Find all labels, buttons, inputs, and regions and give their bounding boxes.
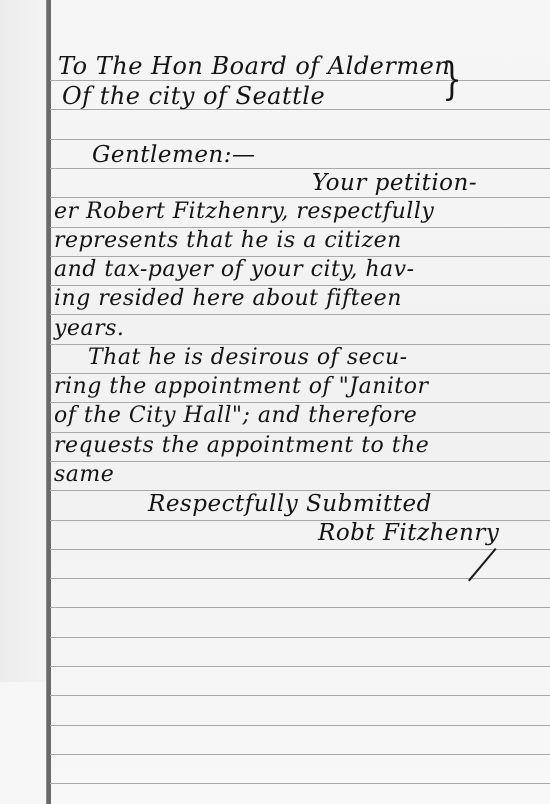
brace-flourish: } xyxy=(442,58,462,102)
body-line-1: Your petition- xyxy=(312,172,477,195)
address-line-1: To The Hon Board of Aldermen xyxy=(58,54,450,78)
body-line-9: of the City Hall"; and therefore xyxy=(54,405,417,427)
ruled-line xyxy=(50,607,550,608)
ruled-paper-page: To The Hon Board of Aldermen Of the city… xyxy=(0,0,550,804)
ruled-line xyxy=(50,168,550,169)
ruled-line xyxy=(50,754,550,755)
address-line-2: Of the city of Seattle xyxy=(62,84,325,108)
signature-flourish xyxy=(468,548,496,581)
ruled-line xyxy=(50,666,550,667)
left-margin-area xyxy=(0,0,46,804)
body-line-7: That he is desirous of secu- xyxy=(88,347,408,369)
body-line-6: years. xyxy=(54,318,124,340)
ruled-line xyxy=(50,80,550,81)
ruled-line xyxy=(50,314,550,315)
ruled-line xyxy=(50,637,550,638)
signature: Robt Fitzhenry xyxy=(318,522,499,545)
body-line-10: requests the appointment to the xyxy=(54,435,429,457)
ruled-line xyxy=(50,725,550,726)
ruled-line xyxy=(50,783,550,784)
body-line-11: same xyxy=(54,464,114,486)
ruled-line xyxy=(50,461,550,462)
ruled-line xyxy=(50,578,550,579)
ruled-line xyxy=(50,695,550,696)
ruled-line xyxy=(50,549,550,550)
body-line-8: ring the appointment of "Janitor xyxy=(54,376,429,398)
closing: Respectfully Submitted xyxy=(148,493,432,516)
ruled-line xyxy=(50,197,550,198)
body-line-4: and tax-payer of your city, hav- xyxy=(54,259,415,281)
body-line-5: ing resided here about fifteen xyxy=(54,288,402,310)
left-margin-lower xyxy=(0,682,46,804)
body-line-2: er Robert Fitzhenry, respectfully xyxy=(54,201,434,223)
ruled-line xyxy=(50,139,550,140)
body-line-3: represents that he is a citizen xyxy=(54,230,402,252)
salutation: Gentlemen:— xyxy=(92,144,256,167)
